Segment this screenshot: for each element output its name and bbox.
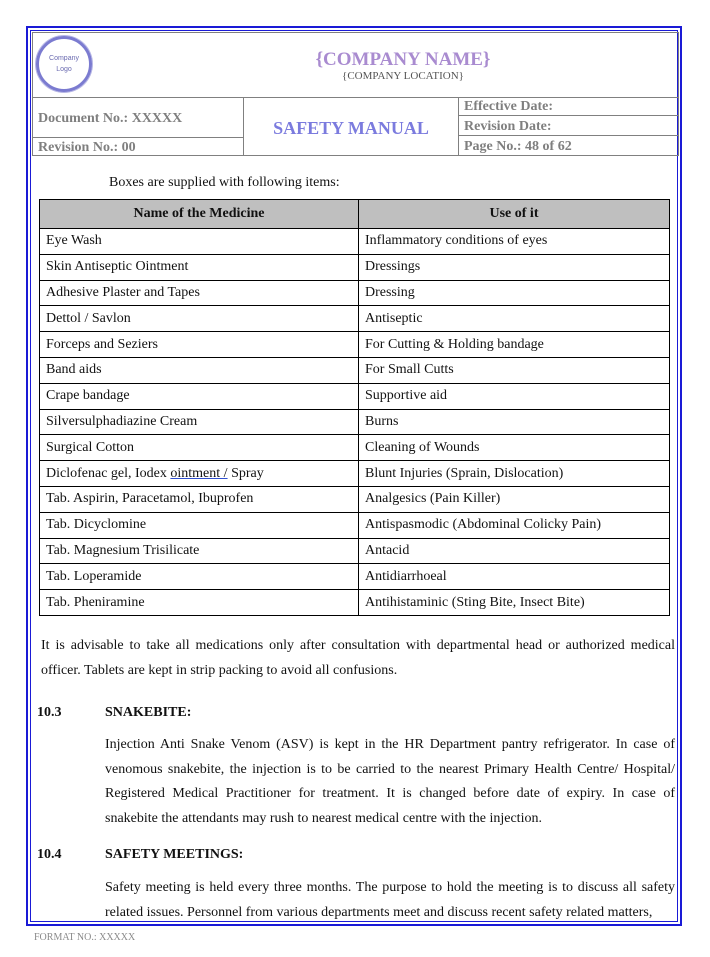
section-body: Safety meeting is held every three month… <box>105 876 675 925</box>
format-number: FORMAT NO.: XXXXX <box>34 932 135 943</box>
section-number: 10.4 <box>37 847 62 863</box>
medicine-use-cell: Antiseptic <box>359 306 670 332</box>
document-number: Document No.: XXXXX <box>38 111 182 127</box>
table-row: Silversulphadiazine CreamBurns <box>40 409 670 435</box>
medicine-name-cell: Tab. Loperamide <box>40 564 359 590</box>
advisory-paragraph: It is advisable to take all medications … <box>41 634 675 683</box>
section-body: Injection Anti Snake Venom (ASV) is kept… <box>105 733 675 831</box>
section-number: 10.3 <box>37 705 62 721</box>
intro-text: Boxes are supplied with following items: <box>109 175 340 191</box>
table-row: Crape bandageSupportive aid <box>40 383 670 409</box>
header-left-cell: Document No.: XXXXX Revision No.: 00 <box>33 97 244 156</box>
medicine-name-cell: Tab. Aspirin, Paracetamol, Ibuprofen <box>40 486 359 512</box>
table-row: Dettol / SavlonAntiseptic <box>40 306 670 332</box>
medicine-name-cell: Crape bandage <box>40 383 359 409</box>
table-row: Tab. PheniramineAntihistaminic (Sting Bi… <box>40 590 670 616</box>
medicine-use-cell: Antacid <box>359 538 670 564</box>
column-header-medicine: Name of the Medicine <box>40 200 359 229</box>
company-name: {COMPANY NAME} <box>33 49 678 71</box>
table-row: Tab. DicyclomineAntispasmodic (Abdominal… <box>40 512 670 538</box>
company-location: {COMPANY LOCATION} <box>33 70 678 82</box>
revision-row: Revision No.: 00 <box>33 137 243 157</box>
medicine-use-cell: Antispasmodic (Abdominal Colicky Pain) <box>359 512 670 538</box>
table-header-row: Name of the Medicine Use of it <box>40 200 670 229</box>
medicine-use-cell: Inflammatory conditions of eyes <box>359 229 670 255</box>
section-title: SNAKEBITE: <box>105 705 191 721</box>
medicine-name-cell: Silversulphadiazine Cream <box>40 409 359 435</box>
table-row: Tab. LoperamideAntidiarrhoeal <box>40 564 670 590</box>
medicine-name-cell: Tab. Dicyclomine <box>40 512 359 538</box>
table-row: Skin Antiseptic OintmentDressings <box>40 254 670 280</box>
medicine-table: Name of the Medicine Use of it Eye WashI… <box>39 199 670 616</box>
medicine-use-cell: Dressings <box>359 254 670 280</box>
medicine-name-cell: Skin Antiseptic Ointment <box>40 254 359 280</box>
header-right-cell: Effective Date: Revision Date: Page No.:… <box>458 97 678 156</box>
medicine-use-cell: Supportive aid <box>359 383 670 409</box>
spellcheck-underline: ointment / <box>170 466 227 481</box>
medicine-use-cell: Antidiarrhoeal <box>359 564 670 590</box>
medicine-name-cell: Eye Wash <box>40 229 359 255</box>
effective-date: Effective Date: <box>459 97 678 116</box>
header-top-row: Company Logo {COMPANY NAME} {COMPANY LOC… <box>33 33 678 98</box>
document-header: Company Logo {COMPANY NAME} {COMPANY LOC… <box>32 32 679 156</box>
revision-number: Revision No.: 00 <box>38 140 136 156</box>
section-title: SAFETY MEETINGS: <box>105 847 243 863</box>
table-row: Tab. Magnesium TrisilicateAntacid <box>40 538 670 564</box>
revision-date: Revision Date: <box>459 117 678 136</box>
medicine-use-cell: Antihistaminic (Sting Bite, Insect Bite) <box>359 590 670 616</box>
medicine-name-cell: Tab. Magnesium Trisilicate <box>40 538 359 564</box>
table-row: Forceps and SeziersFor Cutting & Holding… <box>40 332 670 358</box>
table-row: Eye WashInflammatory conditions of eyes <box>40 229 670 255</box>
medicine-name-cell: Dettol / Savlon <box>40 306 359 332</box>
page-number: Page No.: 48 of 62 <box>459 137 678 156</box>
medicine-name-cell: Surgical Cotton <box>40 435 359 461</box>
table-row: Surgical CottonCleaning of Wounds <box>40 435 670 461</box>
medicine-name-cell: Diclofenac gel, Iodex ointment / Spray <box>40 461 359 487</box>
table-row: Adhesive Plaster and TapesDressing <box>40 280 670 306</box>
manual-title: SAFETY MANUAL <box>273 118 429 139</box>
medicine-use-cell: For Cutting & Holding bandage <box>359 332 670 358</box>
medicine-name-cell: Band aids <box>40 357 359 383</box>
medicine-name-cell: Adhesive Plaster and Tapes <box>40 280 359 306</box>
medicine-use-cell: Burns <box>359 409 670 435</box>
medicine-name-cell: Tab. Pheniramine <box>40 590 359 616</box>
medicine-name-cell: Forceps and Seziers <box>40 332 359 358</box>
medicine-use-cell: For Small Cutts <box>359 357 670 383</box>
medicine-use-cell: Blunt Injuries (Sprain, Dislocation) <box>359 461 670 487</box>
table-row: Diclofenac gel, Iodex ointment / SprayBl… <box>40 461 670 487</box>
medicine-use-cell: Dressing <box>359 280 670 306</box>
table-row: Tab. Aspirin, Paracetamol, IbuprofenAnal… <box>40 486 670 512</box>
header-title-cell: SAFETY MANUAL <box>244 97 458 156</box>
medicine-use-cell: Analgesics (Pain Killer) <box>359 486 670 512</box>
medicine-use-cell: Cleaning of Wounds <box>359 435 670 461</box>
column-header-use: Use of it <box>359 200 670 229</box>
table-row: Band aidsFor Small Cutts <box>40 357 670 383</box>
